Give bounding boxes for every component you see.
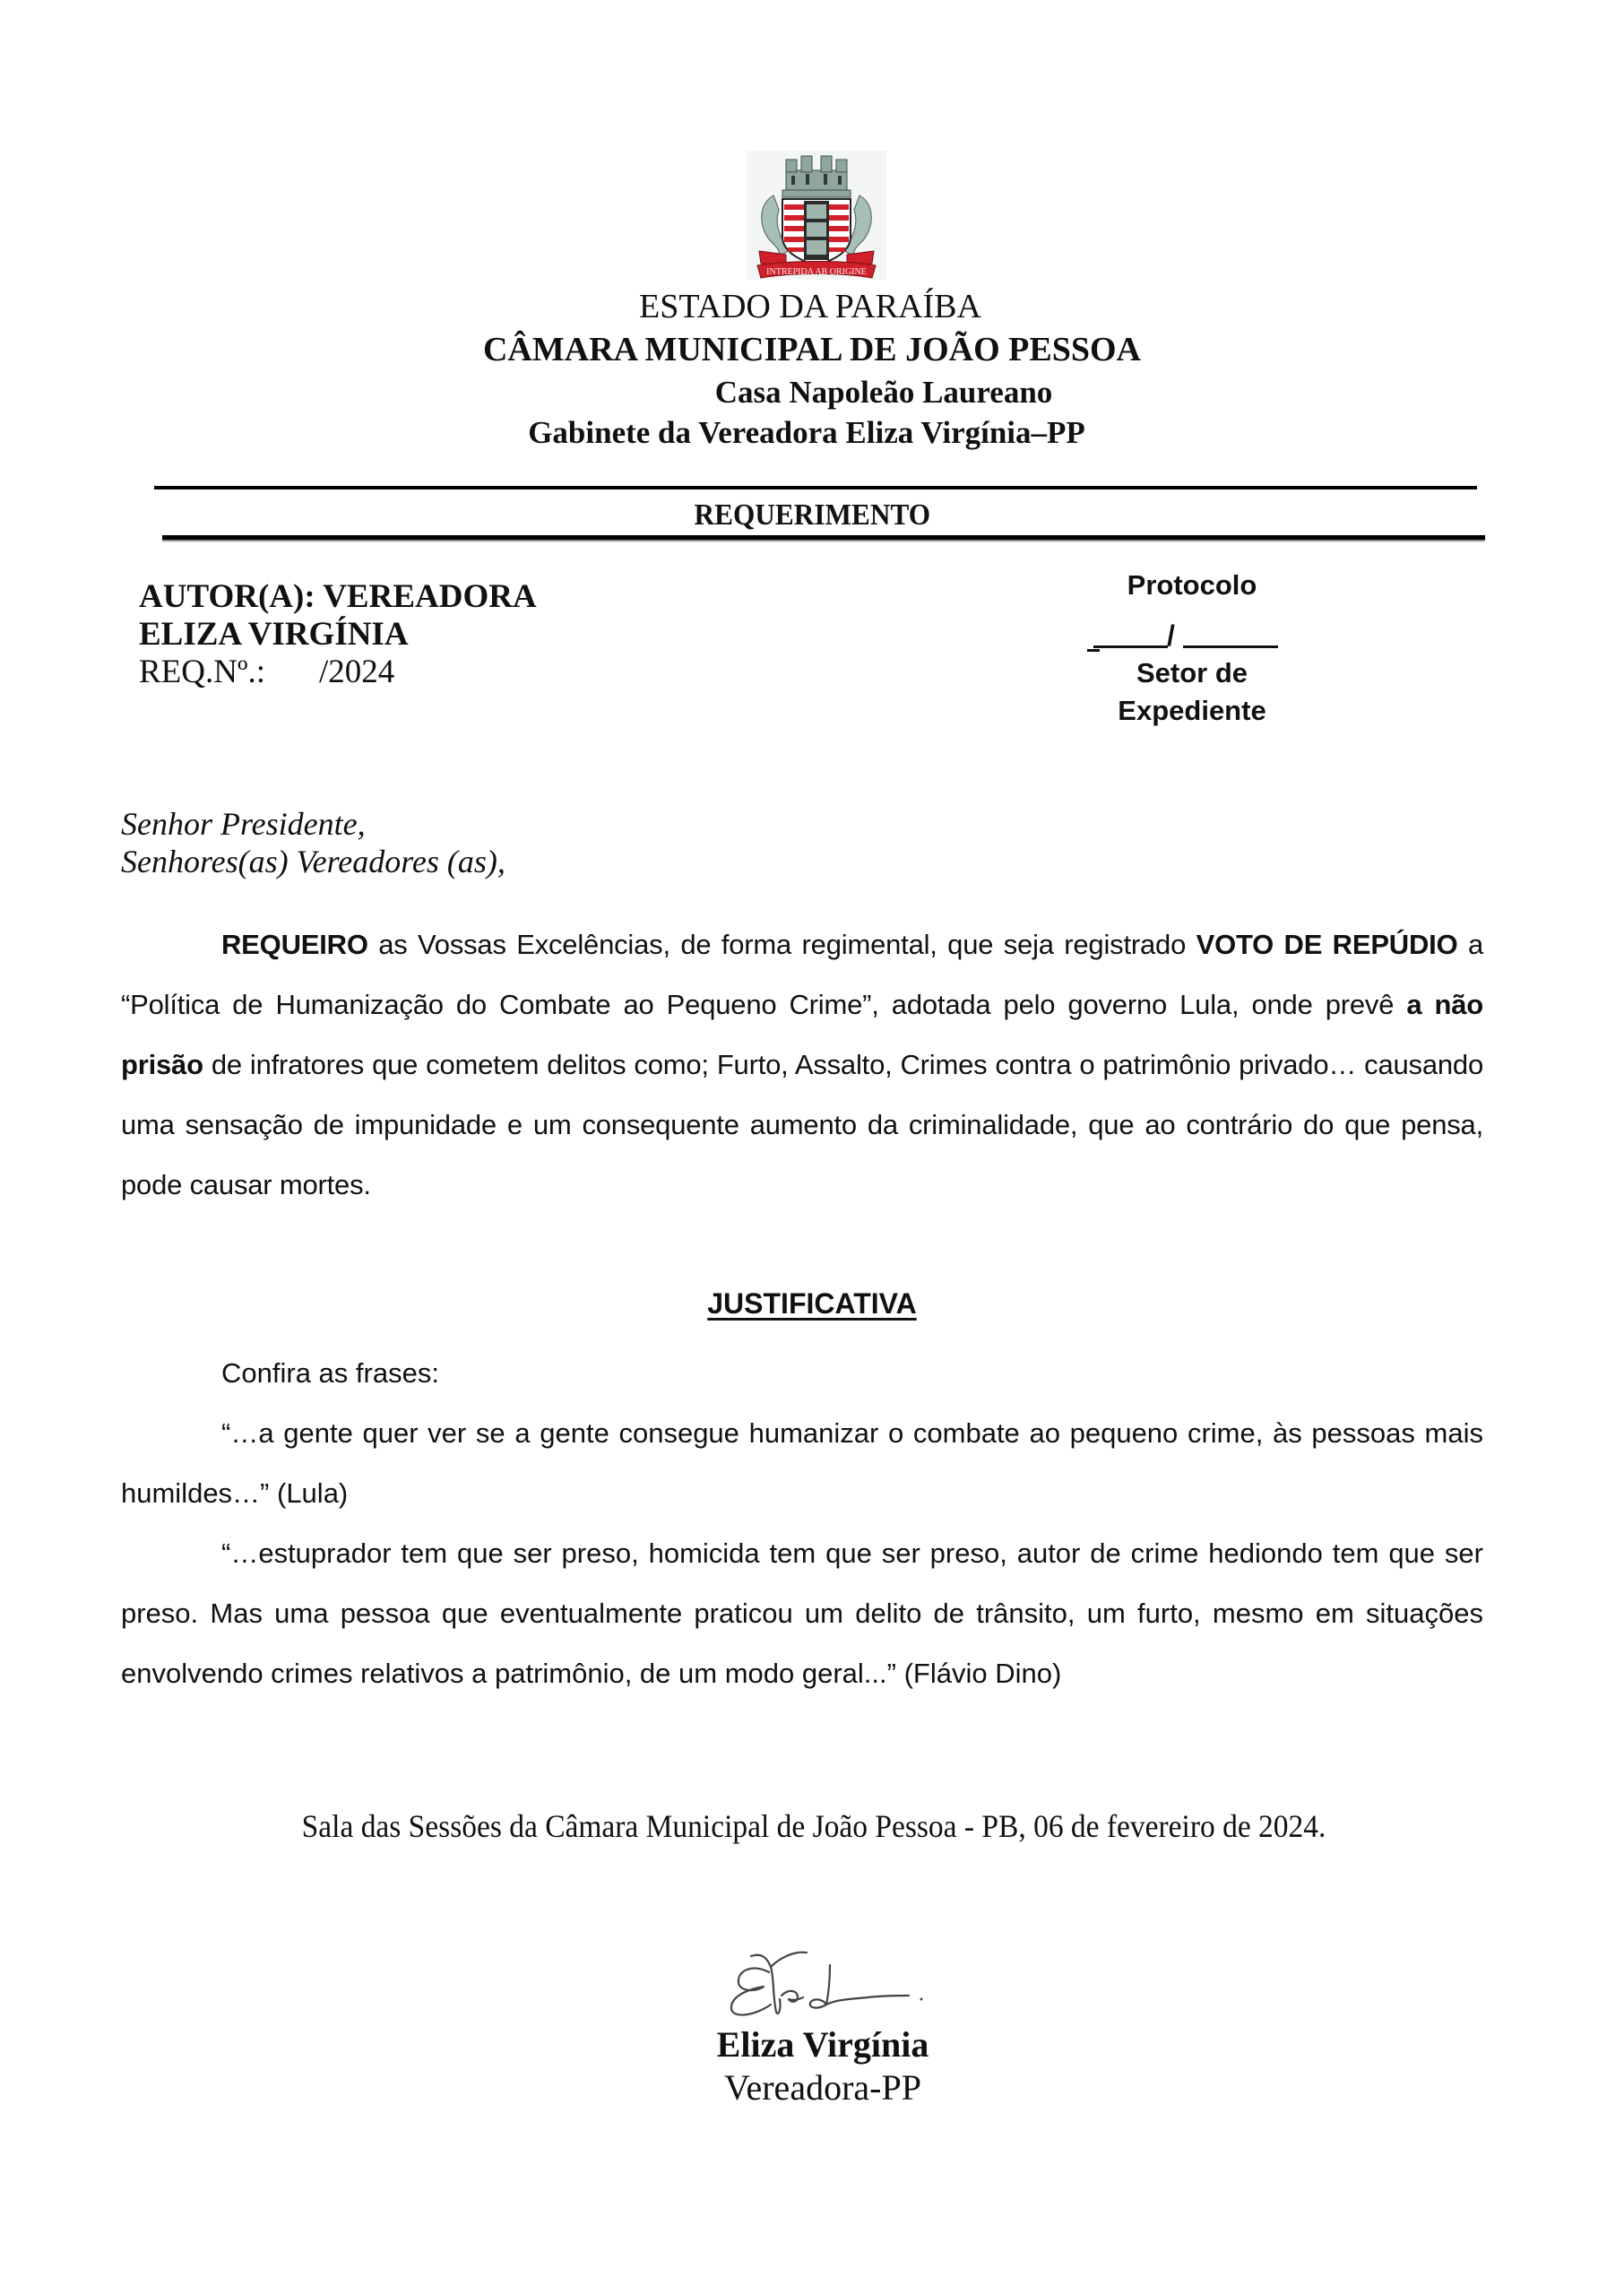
house-heading: Casa Napoleão Laureano [72,375,1624,411]
protocol-number-blank: / [1058,617,1326,651]
request-keyword: REQUEIRO [221,929,368,960]
salutation-line-1: Senhor Presidente, [121,805,505,843]
request-text-1: as Vossas Excelências, de forma regiment… [368,929,1196,960]
salutation-line-2: Senhores(as) Vereadores (as), [121,843,505,880]
request-number: REQ.Nº.:/2024 [139,654,537,691]
handwritten-signature-icon [717,1936,950,2026]
protocol-separator: / [1167,617,1175,654]
author-line-1: AUTOR(A): VEREADORA [139,578,537,616]
quote-lula-text: “…a gente quer ver se a gente consegue h… [121,1417,1483,1509]
author-line-2: ELIZA VIRGÍNIA [139,616,537,654]
chamber-heading: CÂMARA MUNICIPAL DE JOÃO PESSOA [0,330,1624,369]
quote-flavio-dino: “…estuprador tem que ser preso, homicida… [121,1523,1483,1703]
signatory-name: Eliza Virgínia [11,2023,1624,2065]
justification-intro-text: Confira as frases: [221,1357,439,1389]
place-and-date: Sala das Sessões da Câmara Municipal de … [58,1807,1568,1845]
svg-text:INTREPIDA AB ORIGINE: INTREPIDA AB ORIGINE [766,267,867,277]
justification-title: JUSTIFICATIVA [0,1287,1624,1321]
quote-lula: “…a gente quer ver se a gente consegue h… [121,1403,1483,1523]
header-divider-top [154,486,1477,489]
request-paragraph: REQUEIRO as Vossas Excelências, de forma… [121,914,1483,1215]
protocol-title: Protocolo [1058,567,1326,604]
header-divider-bottom [162,535,1485,540]
request-text-3: de infratores que cometem delitos como; … [121,1049,1483,1200]
document-type-title: REQUERIMENTO [65,498,1559,533]
signatory-role: Vereadora-PP [11,2066,1624,2109]
vote-of-repudiation: VOTO DE REPÚDIO [1196,929,1458,960]
protocol-box: Protocolo / Setor de Expediente [1058,567,1326,730]
quote-flavio-dino-text: “…estuprador tem que ser preso, homicida… [121,1537,1483,1689]
request-number-label: REQ.Nº.: [139,654,265,690]
salutation: Senhor Presidente, Senhores(as) Vereador… [121,805,505,880]
state-heading: ESTADO DA PARAÍBA [0,287,1622,326]
protocol-sector-line-2: Expediente [1058,692,1326,730]
justification-intro: Confira as frases: [121,1343,1483,1403]
request-number-value: /2024 [319,654,394,690]
coat-of-arms-icon: INTREPIDA AB ORIGINE [747,151,886,280]
author-block: AUTOR(A): VEREADORA ELIZA VIRGÍNIA REQ.N… [139,578,537,691]
protocol-sector-line-1: Setor de [1058,654,1326,692]
office-heading: Gabinete da Vereadora Eliza Virgínia–PP [0,415,1619,451]
